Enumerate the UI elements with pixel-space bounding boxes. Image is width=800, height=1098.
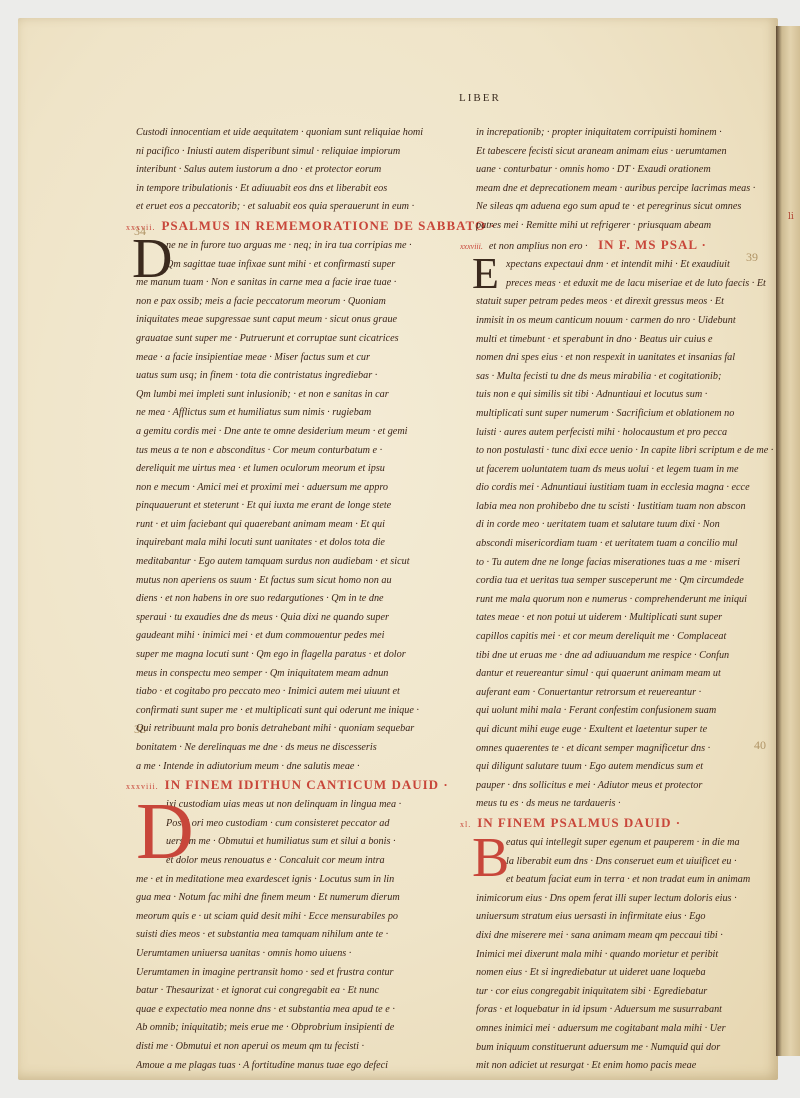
text-line: pinquauerunt et steterunt · Et qui iuxta… (136, 497, 456, 516)
text-line: meam dne et deprecationem meam · auribus… (476, 180, 776, 199)
text-line: iniquitates meae supgressae sunt caput m… (136, 311, 456, 330)
text-line: a gemitu cordis mei · Dne ante te omne d… (136, 423, 456, 442)
text-line: nomen eius · Et si ingrediebatur ut uide… (476, 964, 776, 983)
text-line: ut facerem uoluntatem tuam ds meus uolui… (476, 461, 776, 480)
text-line: capillos capitis mei · et cor meum derel… (476, 628, 776, 647)
text-line: sas · Multa fecisti tu dne ds meus mirab… (476, 368, 776, 387)
text-line: to · Tu autem dne ne longe facias misera… (476, 554, 776, 573)
text-line: grauatae sunt super me · Putruerunt et c… (136, 330, 456, 349)
text-line: labia mea non prohibebo dne tu scisti · … (476, 498, 776, 517)
text-line: pauper · dns sollicitus e mei · Adiutor … (476, 777, 776, 796)
text-line: mutus non aperiens os suum · Et factus s… (136, 572, 456, 591)
text-line: dio cordis mei · Adnuntiaui iustitiam tu… (476, 479, 776, 498)
text-line: inquirebant mala mihi locuti sunt uanita… (136, 534, 456, 553)
text-line: multiplicati sunt super numerum · Sacrif… (476, 405, 776, 424)
text-line: eatus qui intellegit super egenum et pau… (476, 834, 776, 853)
text-line: preces meas · et eduxit me de lacu miser… (476, 275, 776, 294)
psalm-body: E xpectans expectaui dnm · et intendit m… (476, 256, 776, 814)
text-line: ne mea · Afflictus sum et humiliatus sum… (136, 404, 456, 423)
text-line: tiabo · et cogitabo pro peccato meo · In… (136, 683, 456, 702)
text-line: di in corde meo · ueritatem tuam et salu… (476, 516, 776, 535)
text-line: meus in conspectu meo semper · Qm iniqui… (136, 665, 456, 684)
text-line: qui dicunt mihi euge euge · Exultent et … (476, 721, 776, 740)
text-line: uatus sum usq; in finem · tota die contr… (136, 367, 456, 386)
text-line: to non postulasti · tunc dixi ecce uenio… (476, 442, 776, 461)
text-line: tibi dne ut eruas me · dne ad adiuuandum… (476, 647, 776, 666)
text-line: Ne sileas qm aduena ego sum apud te · et… (476, 198, 776, 217)
text-line: runt me mala quorum non e numerus · comp… (476, 591, 776, 610)
text-line: foras · et loquebatur in id ipsum · Adue… (476, 1001, 776, 1020)
text-line: Qui retribuunt mala pro bonis detraheban… (136, 720, 456, 739)
text-line: tur · cor eius congregabit iniquitatem s… (476, 983, 776, 1002)
text-line: in increpationib; · propter iniquitatem … (476, 124, 776, 143)
text-line: tus meus a te non e absconditus · Cor me… (136, 442, 456, 461)
text-line: qui uolunt mihi mala · Ferant confestim … (476, 702, 776, 721)
psalm-heading: xxxvii.PSALMUS IN REMEMORATIONE DE SABBA… (126, 217, 456, 237)
text-line: disti me · Obmutui et non aperui os meum… (136, 1038, 456, 1057)
text-line: omnes quaerentes te · et dicant semper m… (476, 740, 776, 759)
text-line: inimicorum eius · Dns opem ferat illi su… (476, 890, 776, 909)
text-line: xpectans expectaui dnm · et intendit mih… (476, 256, 776, 275)
text-line: patres mei · Remitte mihi ut refrigerer … (476, 217, 776, 236)
initial-letter: E (472, 252, 499, 296)
text-line: meorum quis e · ut sciam quid desit mihi… (136, 908, 456, 927)
psalm-title: IN F. MS PSAL · (598, 237, 707, 252)
text-line: Ab omnib; iniquitatib; meis erue me · Ob… (136, 1019, 456, 1038)
text-line: quae e expectatio mea nonne dns · et sub… (136, 1001, 456, 1020)
text-line: la liberabit eum dns · Dns conseruet eum… (476, 853, 776, 872)
text-line: cordia tua et ueritas tua semper suscepe… (476, 572, 776, 591)
text-line: Custodi innocentiam et uide aequitatem ·… (136, 124, 456, 143)
text-line: abscondi misericordiam tuam · et ueritat… (476, 535, 776, 554)
text-line: tuis non e qui similis sit tibi · Adnunt… (476, 386, 776, 405)
text-line: multi et timebunt · et sperabunt in dno … (476, 331, 776, 350)
text-line: gua mea · Notum fac mihi dne finem meum … (136, 889, 456, 908)
text-line: uniuersum stratum eius uersasti in infir… (476, 908, 776, 927)
text-line: speraui · tu exaudies dne ds meus · Quia… (136, 609, 456, 628)
text-line: Uerumtamen uniuersa uanitas · omnis homo… (136, 945, 456, 964)
text-line: bonitatem · Ne derelinquas me dne · ds m… (136, 739, 456, 758)
text-line: a me · Intende in adiutorium meum · dne … (136, 758, 456, 777)
text-line: statuit super petram pedes meos · et dir… (476, 293, 776, 312)
text-line: omnes inimici mei · aduersum me cogitaba… (476, 1020, 776, 1039)
text-line: Et tabescere fecisti sicut araneam anima… (476, 143, 776, 162)
right-column: in increpationib; · propter iniquitatem … (476, 124, 776, 1076)
psalm-heading: xxxviii.et non amplius non ero · IN F. M… (460, 236, 776, 257)
text-line: mit non adiciet ut resurgat · Et enim ho… (476, 1057, 776, 1076)
left-column: Custodi innocentiam et uide aequitatem ·… (136, 124, 456, 1075)
initial-letter: B (472, 830, 509, 886)
text-line: in tempore tribulationis · Et adiuuabit … (136, 180, 456, 199)
text-line: confirmati sunt super me · et multiplica… (136, 702, 456, 721)
text-line: ne ne in furore tuo arguas me · neq; in … (136, 237, 456, 256)
text-line: me manum tuam · Non e sanitas in carne m… (136, 274, 456, 293)
text-line: Qm lumbi mei impleti sunt inlusionib; · … (136, 386, 456, 405)
manuscript-page: LIBER 34 38 39 40 Custodi innocentiam et… (18, 18, 778, 1080)
text-line: dereliquit me uirtus mea · et lumen ocul… (136, 460, 456, 479)
text-line: et eruet eos a peccatorib; · et saluabit… (136, 198, 456, 217)
text-line: inmisit in os meum canticum nouum · carm… (476, 312, 776, 331)
text-line: qui diligunt salutare tuum · Ego autem m… (476, 758, 776, 777)
text-line: batur · Thesaurizat · et ignorat cui con… (136, 982, 456, 1001)
psalm-body: B eatus qui intellegit super egenum et p… (476, 834, 776, 1076)
text-line: suisti dies meos · et substantia mea tam… (136, 926, 456, 945)
text-line: meditabantur · Ego autem tamquam surdus … (136, 553, 456, 572)
text-line: runt · et uim faciebant qui quaerebant a… (136, 516, 456, 535)
initial-letter: D (136, 792, 194, 872)
psalm-title: PSALMUS IN REMEMORATIONE DE SABBATO · (161, 218, 495, 233)
text-line: Inimici mei dixerunt mala mihi · quando … (476, 946, 776, 965)
text-line: et beatum faciat eum in terra · et non t… (476, 871, 776, 890)
text-line: non e pax ossib; meis a facie peccatorum… (136, 293, 456, 312)
text-line: dixi dne miserere mei · sana animam meam… (476, 927, 776, 946)
text-line: super me magna locuti sunt · Qm ego in f… (136, 646, 456, 665)
text-line: diens · et non habens in ore suo redargu… (136, 590, 456, 609)
text-line: interibunt · Salus autem iustorum a dno … (136, 161, 456, 180)
text-line: bum iniquum constituerunt aduersum me · … (476, 1039, 776, 1058)
psalm-title: IN FINEM IDITHUN CANTICUM DAUID · (165, 777, 449, 792)
text-line: meus tu es · ds meus ne tardaueris · (476, 795, 776, 814)
text-line: nomen dni spes eius · et non respexit in… (476, 349, 776, 368)
text-line: gaudeant mihi · inimici mei · et dum com… (136, 627, 456, 646)
right-top-text: in increpationib; · propter iniquitatem … (476, 124, 776, 236)
running-head: LIBER (459, 92, 501, 104)
facing-page-mark: li (788, 212, 794, 222)
text-line: Qm sagittae tuae infixae sunt mihi · et … (136, 256, 456, 275)
text-line: Amoue a me plagas tuas · A fortitudine m… (136, 1057, 456, 1076)
text-line: tates meae · et non potui ut uiderem · M… (476, 609, 776, 628)
initial-letter: D (132, 231, 172, 287)
text-line: luisti · aures autem perfecisti mihi · h… (476, 424, 776, 443)
text-line: uane · conturbatur · omnis homo · DT · E… (476, 161, 776, 180)
psalm-body: D ixi custodiam uias meas ut non delinqu… (136, 796, 456, 1075)
text-line: ni pacifico · Iniusti autem disperibunt … (136, 143, 456, 162)
psalm-number: xl. (460, 820, 471, 829)
facing-page-edge (776, 26, 800, 1056)
left-top-text: Custodi innocentiam et uide aequitatem ·… (136, 124, 456, 217)
text-line: non e mecum · Amici mei et proximi mei ·… (136, 479, 456, 498)
text-line: auferant eam · Conuertantur retrorsum et… (476, 684, 776, 703)
text-line: et non amplius non ero · (489, 241, 588, 252)
text-line: Uerumtamen in imagine pertransit homo · … (136, 964, 456, 983)
psalm-body: D ne ne in furore tuo arguas me · neq; i… (136, 237, 456, 776)
text-line: meae · a facie insipientiae meae · Miser… (136, 349, 456, 368)
text-line: dantur et reuereantur simul · qui quaeru… (476, 665, 776, 684)
